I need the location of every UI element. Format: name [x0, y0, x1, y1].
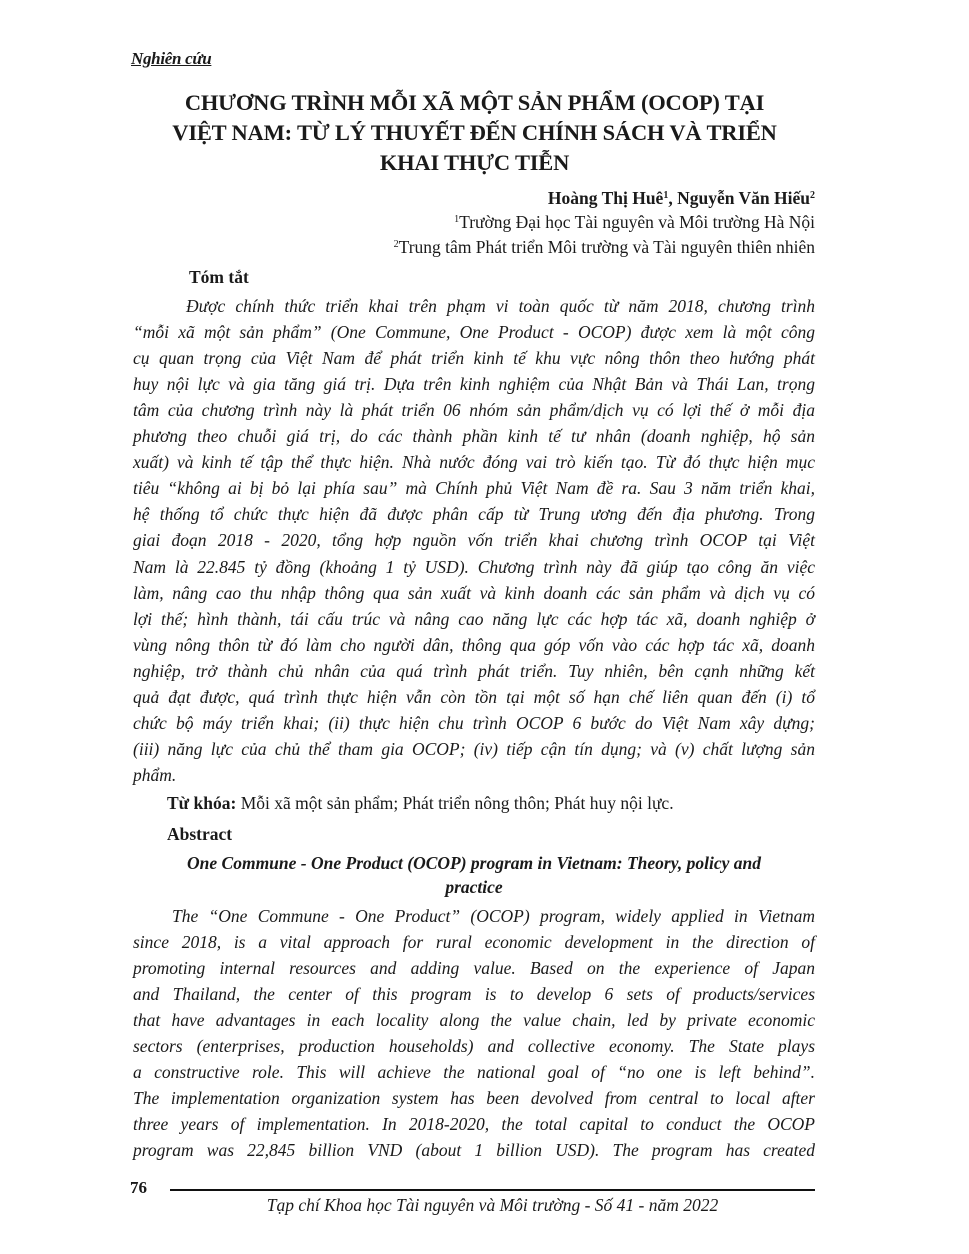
affiliation-2: 2Trung tâm Phát triển Môi trường và Tài … — [394, 237, 815, 258]
en-abstract-line: and Thailand, the center of this program… — [133, 984, 815, 1005]
en-abstract-line: The implementation organization system h… — [133, 1088, 815, 1109]
article-title-line-1: CHƯƠNG TRÌNH MỖI XÃ MỘT SẢN PHẨM (OCOP) … — [133, 90, 816, 116]
section-tag: Nghiên cứu — [131, 49, 211, 69]
vi-abstract-line: giai đoạn 2018 - 2020, tổng hợp nguồn vố… — [133, 530, 815, 551]
vi-abstract-line: chức bộ máy triển khai; (ii) thực hiện c… — [133, 713, 815, 734]
author-name: Nguyễn Văn Hiếu — [677, 188, 810, 208]
affiliation-1: 1Trường Đại học Tài nguyên và Môi trường… — [454, 212, 815, 233]
en-abstract-line: a constructive role. This will achieve t… — [133, 1062, 815, 1083]
en-abstract-line: program was 22,845 billion VND (about 1 … — [133, 1140, 815, 1161]
keywords-label: Từ khóa: — [167, 793, 236, 813]
article-title-line-2: VIỆT NAM: TỪ LÝ THUYẾT ĐẾN CHÍNH SÁCH VÀ… — [133, 120, 816, 146]
vi-abstract-line: lợi thế; hình thành, tái cấu trúc và nân… — [133, 609, 815, 630]
vi-abstract-line: làm, nâng cao thu nhập thông qua sản xuấ… — [133, 583, 815, 604]
vi-abstract-line: hệ thống tổ chức thực hiện đã được phân … — [133, 504, 815, 525]
vi-abstract-line: vùng nông thôn từ đó làm cho người dân, … — [133, 635, 815, 656]
en-abstract-heading: Abstract — [167, 824, 232, 845]
en-title-line-1: One Commune - One Product (OCOP) program… — [133, 853, 815, 874]
author-affiliation-marker: 2 — [810, 190, 815, 201]
vi-abstract-heading: Tóm tắt — [189, 267, 249, 288]
author-separator: , — [668, 188, 677, 208]
en-title-line-2: practice — [133, 877, 815, 898]
en-abstract-line: three years of implementation. In 2018-2… — [133, 1114, 815, 1135]
vi-abstract-line: phương theo chuỗi giá trị, do các thành … — [133, 426, 815, 447]
vi-abstract-line: quả đạt được, quá trình thực hiện vẫn cò… — [133, 687, 815, 708]
affiliation-text: Trường Đại học Tài nguyên và Môi trường … — [459, 212, 815, 232]
keywords-text: Mỗi xã một sản phẩm; Phát triển nông thô… — [236, 793, 673, 813]
en-abstract-line: since 2018, is a vital approach for rura… — [133, 932, 815, 953]
journal-footer: Tạp chí Khoa học Tài nguyên và Môi trườn… — [170, 1195, 815, 1216]
affiliation-text: Trung tâm Phát triển Môi trường và Tài n… — [399, 237, 815, 257]
vi-abstract-line: tiêu “không ai bị bỏ lại phía sau” mà Ch… — [133, 478, 815, 499]
vi-abstract-line: (iii) năng lực của chủ thể tham gia OCOP… — [133, 739, 815, 760]
article-title-line-3: KHAI THỰC TIỄN — [133, 150, 816, 176]
author-list: Hoàng Thị Huê1, Nguyễn Văn Hiếu2 — [548, 188, 815, 209]
en-abstract-line: sectors (enterprises, production househo… — [133, 1036, 815, 1057]
vi-abstract-line: tâm của chương trình này là phát triển 0… — [133, 400, 815, 421]
en-abstract-line: that have advantages in each locality al… — [133, 1010, 815, 1031]
page-number: 76 — [130, 1178, 147, 1198]
en-abstract-line: The “One Commune - One Product” (OCOP) p… — [172, 906, 815, 927]
vi-abstract-line: “mỗi xã một sản phẩm” (One Commune, One … — [133, 322, 815, 343]
en-abstract-line: promoting internal resources and adding … — [133, 958, 815, 979]
vi-abstract-line: huy nội lực và gia tăng giá trị. Dựa trê… — [133, 374, 815, 395]
footer-rule — [170, 1189, 815, 1191]
vi-abstract-line: Được chính thức triển khai trên phạm vi … — [186, 296, 815, 317]
vi-abstract-line: cụ quan trọng của Việt Nam để phát triển… — [133, 348, 815, 369]
vi-abstract-line: Nam là 22.845 tỷ đồng (khoảng 1 tỷ USD).… — [133, 557, 815, 578]
author-name: Hoàng Thị Huê — [548, 188, 663, 208]
vi-abstract-line: phẩm. — [133, 765, 815, 786]
vi-abstract-line: nghiệp, trở thành chủ nhân của quá trình… — [133, 661, 815, 682]
vi-abstract-line: xuất) và kinh tế tập thể thực hiện. Nhà … — [133, 452, 815, 473]
keywords: Từ khóa: Mỗi xã một sản phẩm; Phát triển… — [167, 793, 674, 814]
